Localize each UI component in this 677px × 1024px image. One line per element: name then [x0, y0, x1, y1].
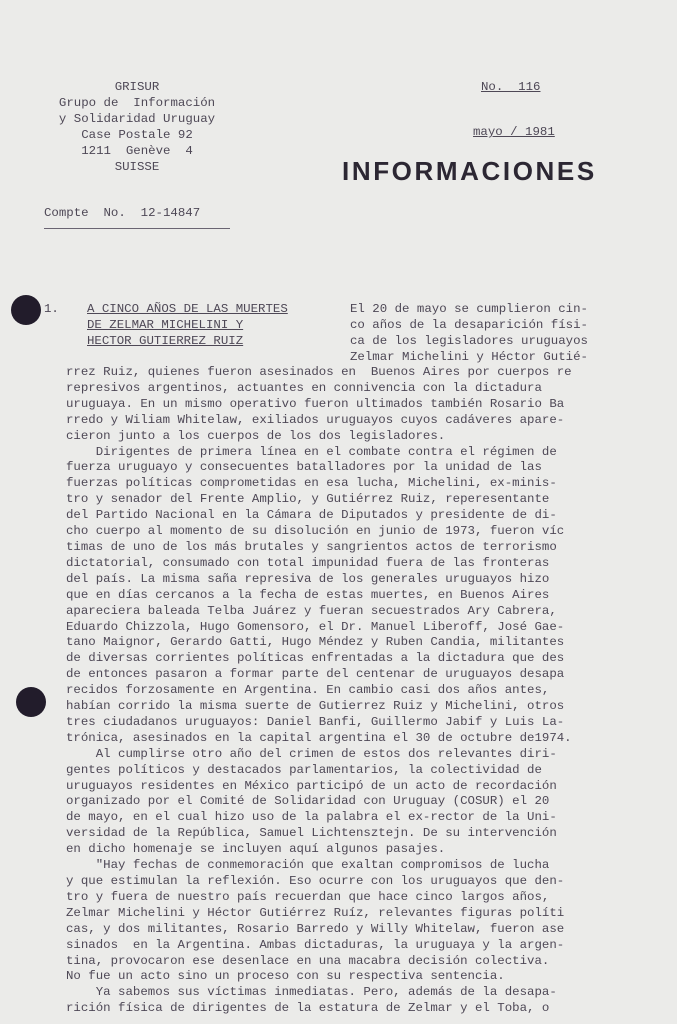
- section-title: A CINCO AÑOS DE LAS MUERTES DE ZELMAR MI…: [87, 302, 288, 350]
- account-number: Compte No. 12-14847: [44, 206, 230, 229]
- punch-hole: [11, 295, 41, 325]
- text-line: El 20 de mayo se cumplieron cin-: [350, 302, 588, 318]
- text-line: uruguaya. En un mismo operativo fueron u…: [66, 397, 572, 413]
- text-line: Zelmar Michelini y Héctor Gutié-: [350, 350, 588, 366]
- text-line: cieron junto a los cuerpos de los dos le…: [66, 429, 572, 445]
- title-line: DE ZELMAR MICHELINI Y: [87, 318, 288, 334]
- text-line: "Hay fechas de conmemoración que exaltan…: [66, 858, 572, 874]
- text-line: versidad de la República, Samuel Lichten…: [66, 826, 572, 842]
- text-line: dictatorial, consumado con total impunid…: [66, 556, 572, 572]
- text-line: trónica, asesinados en la capital argent…: [66, 731, 572, 747]
- text-line: ca de los legisladores uruguayos: [350, 334, 588, 350]
- punch-hole: [16, 687, 46, 717]
- text-line: cho cuerpo al momento de su disolución e…: [66, 524, 572, 540]
- org-line: GRISUR: [42, 80, 232, 96]
- intro-text: El 20 de mayo se cumplieron cin- co años…: [350, 302, 588, 366]
- text-line: de entonces pasaron a formar parte del c…: [66, 667, 572, 683]
- text-line: rredo y Wiliam Whitelaw, exiliados urugu…: [66, 413, 572, 429]
- text-line: tina, provocaron ese desenlace en una ma…: [66, 954, 572, 970]
- text-line: fuerzas políticas comprometidas en esa l…: [66, 476, 572, 492]
- org-line: y Solidaridad Uruguay: [42, 112, 232, 128]
- text-line: Al cumplirse otro año del crimen de esto…: [66, 747, 572, 763]
- text-line: y que estimulan la reflexión. Eso ocurre…: [66, 874, 572, 890]
- section-number: 1.: [44, 302, 59, 318]
- org-line: Grupo de Información: [42, 96, 232, 112]
- text-line: apareciera baleada Telba Juárez y fueran…: [66, 604, 572, 620]
- text-line: tro y fuera de nuestro país recuerdan qu…: [66, 890, 572, 906]
- text-line: co años de la desaparición físi-: [350, 318, 588, 334]
- text-line: de diversas corrientes políticas enfrent…: [66, 651, 572, 667]
- org-line: Case Postale 92: [42, 128, 232, 144]
- text-line: en dicho homenaje se incluyen aquí algun…: [66, 842, 572, 858]
- text-line: que en días cercanos a la fecha de estas…: [66, 588, 572, 604]
- text-line: Ya sabemos sus víctimas inmediatas. Pero…: [66, 985, 572, 1001]
- text-line: de mayo, en el cual hizo uso de la palab…: [66, 810, 572, 826]
- text-line: tano Maignor, Gerardo Gatti, Hugo Méndez…: [66, 635, 572, 651]
- text-line: del Partido Nacional en la Cámara de Dip…: [66, 508, 572, 524]
- text-line: Dirigentes de primera línea en el combat…: [66, 445, 572, 461]
- article-body: rrez Ruiz, quienes fueron asesinados en …: [66, 365, 572, 1017]
- text-line: del país. La misma saña represiva de los…: [66, 572, 572, 588]
- issue-number: No. 116: [481, 80, 541, 96]
- org-line: 1211 Genève 4: [42, 144, 232, 160]
- text-line: habían corrido la misma suerte de Gutier…: [66, 699, 572, 715]
- organization-address: GRISUR Grupo de Información y Solidarida…: [42, 80, 232, 175]
- text-line: fuerza uruguayo y consecuentes batallado…: [66, 460, 572, 476]
- text-line: sinados en la Argentina. Ambas dictadura…: [66, 938, 572, 954]
- title-line: A CINCO AÑOS DE LAS MUERTES: [87, 302, 288, 318]
- text-line: organizado por el Comité de Solidaridad …: [66, 794, 572, 810]
- text-line: recidos forzosamente en Argentina. En ca…: [66, 683, 572, 699]
- text-line: No fue un acto sino un proceso con su re…: [66, 969, 572, 985]
- text-line: rrez Ruiz, quienes fueron asesinados en …: [66, 365, 572, 381]
- text-line: uruguayos residentes en México participó…: [66, 779, 572, 795]
- masthead-title: INFORMACIONES: [342, 156, 597, 187]
- title-line: HECTOR GUTIERREZ RUIZ: [87, 334, 288, 350]
- issue-date: mayo / 1981: [473, 125, 555, 141]
- text-line: cas, y dos militantes, Rosario Barredo y…: [66, 922, 572, 938]
- text-line: represivos argentinos, actuantes en conn…: [66, 381, 572, 397]
- text-line: tro y senador del Frente Amplio, y Gutié…: [66, 492, 572, 508]
- org-line: SUISSE: [42, 160, 232, 176]
- text-line: Eduardo Chizzola, Hugo Gomensoro, el Dr.…: [66, 620, 572, 636]
- text-line: rición física de dirigentes de la estatu…: [66, 1001, 572, 1017]
- text-line: Zelmar Michelini y Héctor Gutiérrez Ruíz…: [66, 906, 572, 922]
- document-page: GRISUR Grupo de Información y Solidarida…: [0, 0, 677, 1024]
- text-line: timas de uno de los más brutales y sangr…: [66, 540, 572, 556]
- text-line: tres ciudadanos uruguayos: Daniel Banfi,…: [66, 715, 572, 731]
- text-line: gentes políticos y destacados parlamenta…: [66, 763, 572, 779]
